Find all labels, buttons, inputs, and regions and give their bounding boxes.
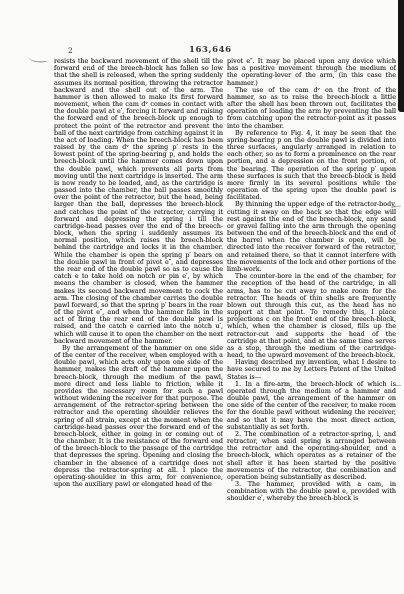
paragraph: resists the backward movement of the she…	[54, 58, 223, 345]
paragraph: By thinning the upper edge of the retrac…	[227, 201, 396, 273]
paragraph: pivot e″. It may be placed upon any devi…	[227, 58, 396, 87]
text-column-right: pivot e″. It may be placed upon any devi…	[227, 58, 396, 541]
paragraph: The use of the cam dᵛ on the front of th…	[227, 87, 396, 130]
paragraph: The counter-bore in the end of the chamb…	[227, 273, 396, 359]
text-column-left: resists the backward movement of the she…	[54, 58, 223, 541]
stray-pen-mark	[28, 54, 47, 64]
page-number: 2	[68, 46, 73, 55]
patent-number: 163,646	[189, 45, 232, 55]
paragraph: 3. The hammer, provided with a cam, in c…	[227, 481, 396, 503]
paragraph: 1. In a fire-arm, the breech-block of wh…	[227, 381, 396, 431]
paragraph: By reference to Fig. 4, it may be seen t…	[227, 130, 396, 202]
paragraph: 2. The combination of a retractor-spring…	[227, 431, 396, 481]
scan-edge-artifact	[398, 0, 404, 112]
patent-page: 2 163,646 resists the backward movement …	[0, 0, 404, 594]
paragraph: By the arrangement of the hammer on one …	[54, 345, 223, 488]
paragraph: Having described my invention, what I de…	[227, 359, 396, 381]
